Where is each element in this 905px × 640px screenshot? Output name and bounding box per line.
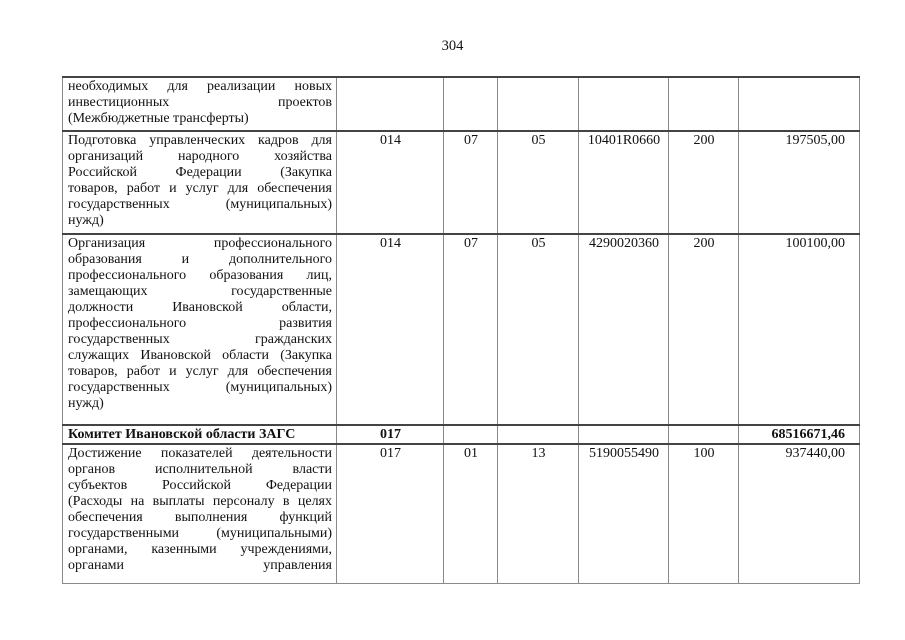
cell-amount: 937440,00 bbox=[739, 444, 860, 583]
table-row-header: Комитет Ивановской области ЗАГС017685166… bbox=[63, 425, 860, 444]
cell-description: Подготовка управленческих кадров дляорга… bbox=[63, 131, 337, 234]
cell-ministry-code bbox=[337, 77, 444, 131]
cell-description: Организация профессиональногообразования… bbox=[63, 234, 337, 425]
description-line: государственных (муниципальных) bbox=[68, 380, 332, 396]
cell-description: Достижение показателей деятельностиорган… bbox=[63, 444, 337, 583]
description-line: (Расходы на выплаты персоналу в целях bbox=[68, 494, 332, 510]
description-line: нужд) bbox=[68, 396, 332, 412]
cell-ministry-code: 017 bbox=[337, 444, 444, 583]
cell-ministry-code: 014 bbox=[337, 234, 444, 425]
cell-amount: 197505,00 bbox=[739, 131, 860, 234]
cell-ministry-code: 017 bbox=[337, 425, 444, 444]
cell-amount bbox=[739, 77, 860, 131]
description-line: Подготовка управленческих кадров для bbox=[68, 133, 332, 149]
cell-section: 07 bbox=[444, 131, 498, 234]
description-line: замещающих государственные bbox=[68, 284, 332, 300]
description-line: должности Ивановской области, bbox=[68, 300, 332, 316]
description-line: служащих Ивановской области (Закупка bbox=[68, 348, 332, 364]
cell-subsection: 05 bbox=[498, 234, 579, 425]
description-line: государственных (муниципальных) bbox=[68, 197, 332, 213]
cell-target-article: 4290020360 bbox=[579, 234, 669, 425]
cell-ministry-code: 014 bbox=[337, 131, 444, 234]
cell-expense-type: 200 bbox=[669, 234, 739, 425]
cell-target-article: 5190055490 bbox=[579, 444, 669, 583]
cell-expense-type: 200 bbox=[669, 131, 739, 234]
cell-expense-type bbox=[669, 77, 739, 131]
budget-table: необходимых для реализации новыхинвестиц… bbox=[62, 76, 860, 584]
cell-section: 01 bbox=[444, 444, 498, 583]
description-line: товаров, работ и услуг для обеспечения bbox=[68, 181, 332, 197]
description-line: государственными (муниципальными) bbox=[68, 526, 332, 542]
cell-description: Комитет Ивановской области ЗАГС bbox=[63, 425, 337, 444]
description-line: товаров, работ и услуг для обеспечения bbox=[68, 364, 332, 380]
table-row: необходимых для реализации новыхинвестиц… bbox=[63, 77, 860, 131]
table-row: Подготовка управленческих кадров дляорга… bbox=[63, 131, 860, 234]
cell-section bbox=[444, 425, 498, 444]
description-line: необходимых для реализации новых bbox=[68, 79, 332, 95]
description-line: Российской Федерации (Закупка bbox=[68, 165, 332, 181]
description-line: субъектов Российской Федерации bbox=[68, 478, 332, 494]
description-line: инвестиционных проектов bbox=[68, 95, 332, 111]
description-line: нужд) bbox=[68, 213, 332, 229]
cell-expense-type bbox=[669, 425, 739, 444]
cell-subsection bbox=[498, 77, 579, 131]
cell-subsection bbox=[498, 425, 579, 444]
cell-target-article bbox=[579, 425, 669, 444]
description-line: организаций народного хозяйства bbox=[68, 149, 332, 165]
cell-section bbox=[444, 77, 498, 131]
description-line: Организация профессионального bbox=[68, 236, 332, 252]
cell-expense-type: 100 bbox=[669, 444, 739, 583]
table-row: Достижение показателей деятельностиорган… bbox=[63, 444, 860, 583]
cell-amount: 68516671,46 bbox=[739, 425, 860, 444]
description-line: органами управления bbox=[68, 558, 332, 574]
cell-subsection: 13 bbox=[498, 444, 579, 583]
table-row: Организация профессиональногообразования… bbox=[63, 234, 860, 425]
description-line: Достижение показателей деятельности bbox=[68, 446, 332, 462]
cell-description: необходимых для реализации новыхинвестиц… bbox=[63, 77, 337, 131]
description-line: (Межбюджетные трансферты) bbox=[68, 111, 332, 127]
description-line: профессионального развития bbox=[68, 316, 332, 332]
description-line: органами, казенными учреждениями, bbox=[68, 542, 332, 558]
cell-target-article bbox=[579, 77, 669, 131]
cell-subsection: 05 bbox=[498, 131, 579, 234]
description-line: профессионального образования лиц, bbox=[68, 268, 332, 284]
description-line: государственных гражданских bbox=[68, 332, 332, 348]
cell-target-article: 10401R0660 bbox=[579, 131, 669, 234]
cell-section: 07 bbox=[444, 234, 498, 425]
description-line: обеспечения выполнения функций bbox=[68, 510, 332, 526]
description-line: органов исполнительной власти bbox=[68, 462, 332, 478]
cell-amount: 100100,00 bbox=[739, 234, 860, 425]
description-line: Комитет Ивановской области ЗАГС bbox=[68, 427, 332, 443]
page-number: 304 bbox=[0, 38, 905, 55]
description-line: образования и дополнительного bbox=[68, 252, 332, 268]
